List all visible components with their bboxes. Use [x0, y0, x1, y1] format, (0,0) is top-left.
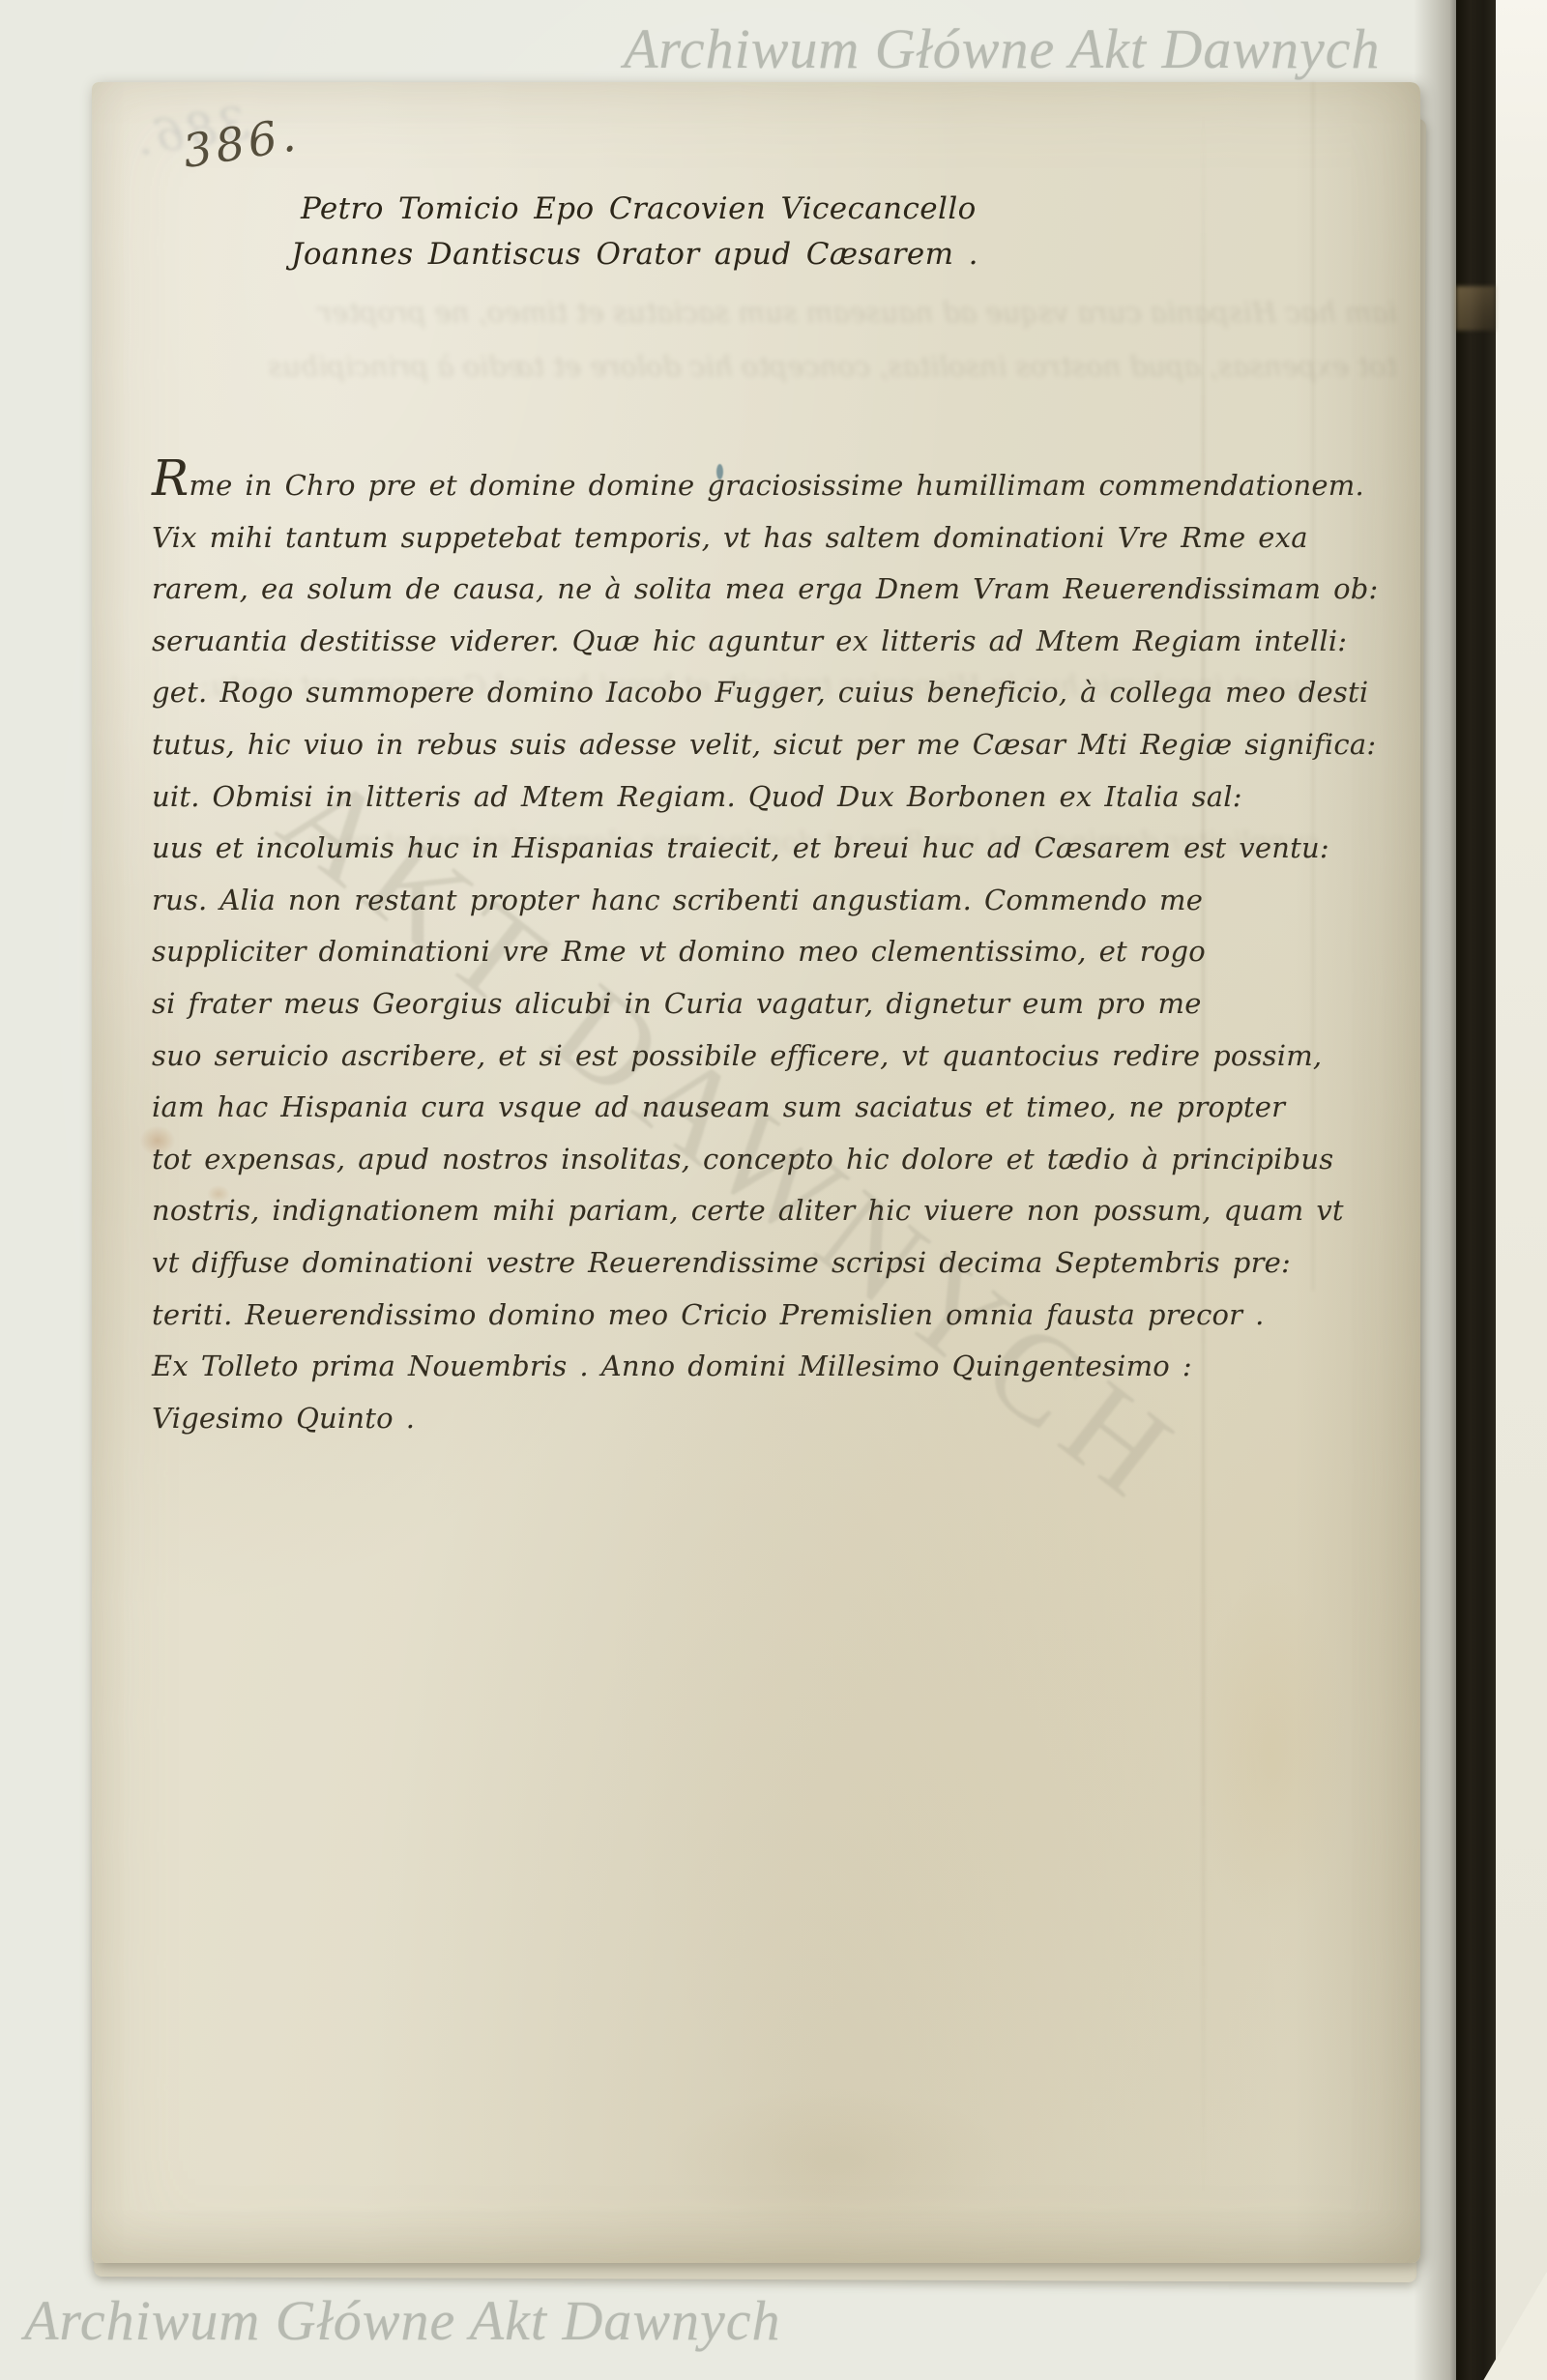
letter-heading: Petro Tomicio Epo Cracovien Vicecancello…	[301, 187, 978, 277]
heading-line: Joannes Dantiscus Orator apud Cæsarem .	[291, 232, 978, 277]
archive-watermark-bottom: Archiwum Główne Akt Dawnych	[24, 2293, 781, 2349]
manuscript-line: suppliciter dominationi vre Rme vt domin…	[152, 926, 1378, 978]
manuscript-line: uus et incolumis huc in Hispanias traiec…	[152, 823, 1378, 875]
archive-scan: { "archive_watermark": { "text": "Archiw…	[0, 0, 1547, 2380]
manuscript-line: uit. Obmisi in litteris ad Mtem Regiam. …	[152, 771, 1378, 824]
manuscript-line: Vigesimo Quinto .	[152, 1393, 1378, 1445]
manuscript-line: rus. Alia non restant propter hanc scrib…	[152, 875, 1378, 927]
ink-bleedthrough: iam hac Hispania cura vsque ad nauseam s…	[160, 287, 1397, 337]
archive-watermark-top: Archiwum Główne Akt Dawnych	[624, 21, 1381, 77]
paper-stain	[633, 2074, 1039, 2248]
manuscript-page: 386. 386. iam hac Hispania cura vsque ad…	[92, 82, 1420, 2263]
manuscript-line: teriti. Reuerendissimo domino meo Cricio…	[152, 1290, 1378, 1342]
manuscript-line: get. Rogo summopere domino Iacobo Fugger…	[152, 667, 1378, 719]
adjacent-page-edge	[1496, 0, 1547, 2380]
letter-body: Rme in Chro pre et domine domine gracios…	[152, 459, 1378, 1444]
manuscript-line: seruantia destitisse viderer. Quæ hic ag…	[152, 616, 1378, 668]
ink-bleedthrough: tot expensas, apud nostros insolitas, co…	[160, 341, 1397, 392]
manuscript-line: Vix mihi tantum suppetebat temporis, vt …	[152, 512, 1378, 565]
heading-line: Petro Tomicio Epo Cracovien Vicecancello	[301, 187, 978, 232]
book-binding-strip	[1456, 0, 1496, 2380]
manuscript-line: vt diffuse dominationi vestre Reuerendis…	[152, 1237, 1378, 1290]
manuscript-line: tot expensas, apud nostros insolitas, co…	[152, 1134, 1378, 1186]
paper-stain	[1184, 1552, 1358, 1958]
manuscript-line: suo seruicio ascribere, et si est possib…	[152, 1030, 1378, 1083]
manuscript-line: Ex Tolleto prima Nouembris . Anno domini…	[152, 1341, 1378, 1393]
manuscript-line: iam hac Hispania cura vsque ad nauseam s…	[152, 1082, 1378, 1134]
manuscript-line: rarem, ea solum de causa, ne à solita me…	[152, 564, 1378, 616]
manuscript-line: nostris, indignationem mihi pariam, cert…	[152, 1185, 1378, 1237]
manuscript-line: Rme in Chro pre et domine domine gracios…	[152, 459, 1378, 512]
manuscript-line: si frater meus Georgius alicubi in Curia…	[152, 978, 1378, 1030]
manuscript-line: tutus, hic viuo in rebus suis adesse vel…	[152, 719, 1378, 771]
